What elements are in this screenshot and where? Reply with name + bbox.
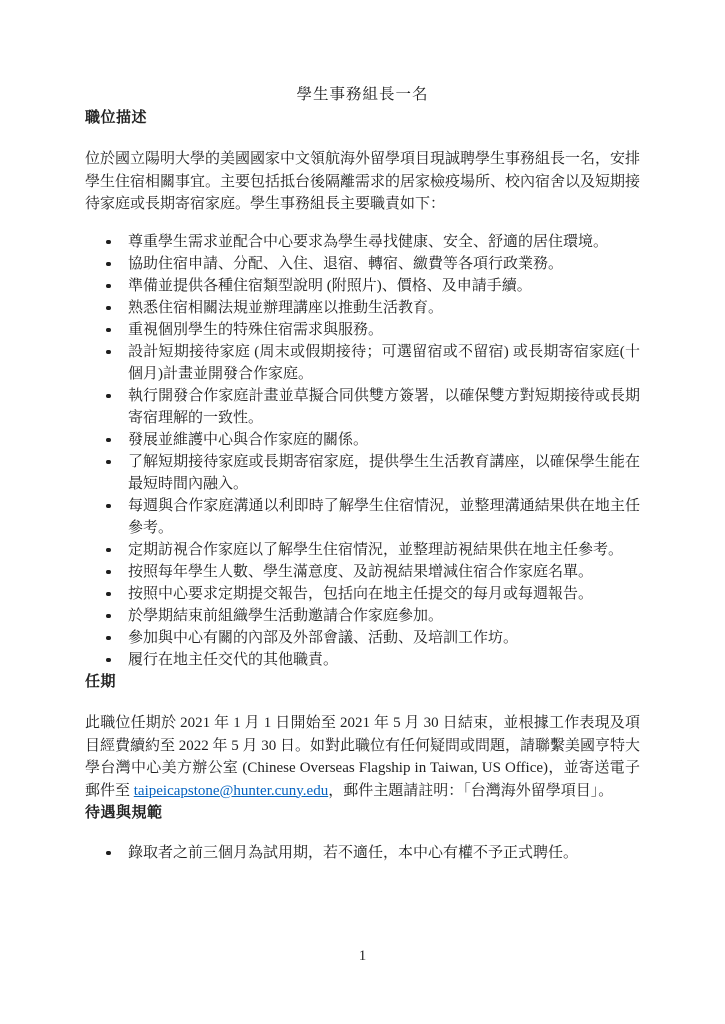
list-item: 設計短期接待家庭 (周末或假期接待；可選留宿或不留宿) 或長期寄宿家庭(十個月)… [128, 341, 640, 385]
page-number: 1 [0, 945, 725, 968]
term-paragraph: 此職位任期於 2021 年 1 月 1 日開始至 2021 年 5 月 30 日… [85, 712, 640, 802]
job-duties-list: 尊重學生需求並配合中心要求為學生尋找健康、安全、舒適的居住環境。 協助住宿申請、… [85, 231, 640, 671]
job-description-intro: 位於國立陽明大學的美國國家中文領航海外留學項目現誠聘學生事務組長一名，安排學生住… [85, 148, 640, 216]
section-heading-term: 任期 [85, 671, 640, 694]
list-item: 錄取者之前三個月為試用期，若不適任，本中心有權不予正式聘任。 [128, 842, 640, 864]
list-item: 重視個別學生的特殊住宿需求與服務。 [128, 319, 640, 341]
list-item: 發展並維護中心與合作家庭的關係。 [128, 429, 640, 451]
section-heading-job-description: 職位描述 [85, 107, 640, 130]
document-title: 學生事務組長一名 [85, 84, 640, 107]
email-link[interactable]: taipeicapstone@hunter.cuny.edu [134, 783, 328, 799]
section-heading-compensation: 待遇與規範 [85, 802, 640, 825]
list-item: 了解短期接待家庭或長期寄宿家庭，提供學生生活教育講座，以確保學生能在最短時間內融… [128, 451, 640, 495]
list-item: 準備並提供各種住宿類型說明 (附照片)、價格、及申請手續。 [128, 275, 640, 297]
list-item: 參加與中心有關的內部及外部會議、活動、及培訓工作坊。 [128, 627, 640, 649]
list-item: 按照每年學生人數、學生滿意度、及訪視結果增減住宿合作家庭名單。 [128, 561, 640, 583]
compensation-list: 錄取者之前三個月為試用期，若不適任，本中心有權不予正式聘任。 [85, 842, 640, 864]
document-title-text: 學生事務組長一名 [296, 86, 428, 103]
term-text-after-link: ，郵件主題請註明：「台灣海外留學項目」。 [328, 783, 613, 799]
list-item: 履行在地主任交代的其他職責。 [128, 649, 640, 671]
list-item: 定期訪視合作家庭以了解學生住宿情況，並整理訪視結果供在地主任參考。 [128, 539, 640, 561]
list-item: 於學期結束前組織學生活動邀請合作家庭參加。 [128, 605, 640, 627]
list-item: 每週與合作家庭溝通以利即時了解學生住宿情況，並整理溝通結果供在地主任參考。 [128, 495, 640, 539]
list-item: 協助住宿申請、分配、入住、退宿、轉宿、繳費等各項行政業務。 [128, 253, 640, 275]
list-item: 執行開發合作家庭計畫並草擬合同供雙方簽署，以確保雙方對短期接待或長期寄宿理解的一… [128, 385, 640, 429]
document-page: 學生事務組長一名 職位描述 位於國立陽明大學的美國國家中文領航海外留學項目現誠聘… [0, 0, 725, 1024]
list-item: 熟悉住宿相關法規並辦理講座以推動生活教育。 [128, 297, 640, 319]
list-item: 按照中心要求定期提交報告，包括向在地主任提交的每月或每週報告。 [128, 583, 640, 605]
list-item: 尊重學生需求並配合中心要求為學生尋找健康、安全、舒適的居住環境。 [128, 231, 640, 253]
